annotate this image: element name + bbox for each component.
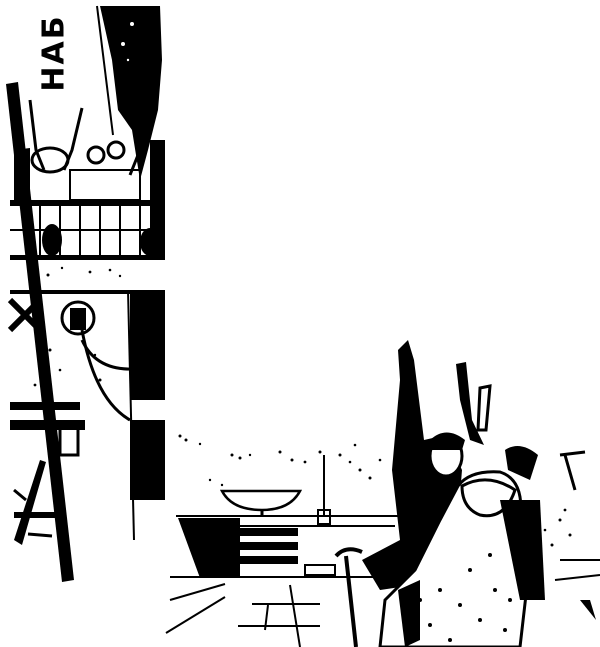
ink-illustration bbox=[0, 0, 600, 647]
modern-building bbox=[178, 518, 240, 578]
